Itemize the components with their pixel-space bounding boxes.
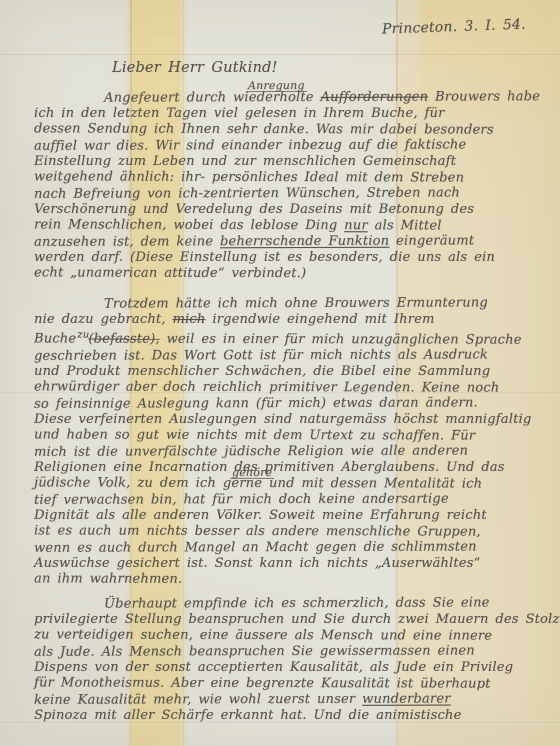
handwritten-line: Buchezu(befasste), weil es in einer für … [34,327,540,348]
line-text: anzusehen ist, dem keine [34,234,213,250]
line-text: Buche [34,331,76,346]
letter-scan-page: Princeton. 3. I. 54. Lieber Herr Gutkind… [0,0,560,746]
struck-word: mich [173,312,206,327]
handwritten-line: jüdische Volk, zu dem ich gerne gehöre u… [34,475,540,492]
line-text: Angefeuert durch wiederholte [104,90,314,106]
handwritten-line: nach Befreiung von ich-zentrierten Wünsc… [34,185,540,203]
handwritten-line: Angefeuert durch wiederholte Aufforderun… [34,89,540,107]
line-text: Brouwers habe [435,89,540,104]
handwritten-line: als Jude. Als Mensch beanspruchen Sie ge… [34,643,540,661]
handwritten-line: und Produkt menschlicher Schwächen, die … [34,364,540,380]
paragraph-2: Trotzdem hätte ich mich ohne Brouwers Er… [34,296,540,588]
handwritten-line: für Monotheismus. Aber eine begrenzte Ka… [34,675,540,692]
line-text: weil es in einer für mich unzugänglichen… [167,332,522,348]
salutation: Lieber Herr Gutkind! [112,60,278,76]
underlined-phrase: beherrschende Funktion [220,234,389,250]
line-text: keine Kausalität mehr, wie wohl zuerst u… [34,692,355,708]
letter-body: Angefeuert durch wiederholte Aufforderun… [34,90,540,724]
handwritten-line: ich in den letzten Tagen viel gelesen in… [34,106,540,122]
handwritten-line: dessen Sendung ich Ihnen sehr danke. Was… [34,121,540,138]
struck-word: Aufforderungen [321,90,429,105]
handwritten-line: weitgehend ähnlich: ihr- persönliches Id… [34,169,540,186]
handwritten-line: nie dazu gebracht, mich irgendwie eingeh… [34,312,540,328]
handwritten-line: werden darf. (Diese Einstellung ist es b… [34,250,540,266]
handwritten-line: mich ist die unverfälschte jüdische Reli… [34,443,540,461]
inserted-word-anregung: Anregung [246,80,307,92]
handwritten-line: Trotzdem hätte ich mich ohne Brouwers Er… [34,295,540,313]
line-text: als Mittel [375,218,442,233]
handwritten-line: ehrwürdiger aber doch reichlich primitiv… [34,379,540,396]
handwritten-line: Überhaupt empfinde ich es schmerzlich, d… [34,595,540,613]
handwritten-line: so feinsinnige Auslegung kann (für mich)… [34,395,540,413]
handwritten-line: tief verwachsen bin, hat für mich doch k… [34,491,540,509]
line-text: und mit dessen Mentalität ich [269,476,482,492]
handwritten-line: ist es auch um nichts besser als andere … [34,523,540,540]
fold-crease-horizontal-top [0,54,560,55]
handwritten-line: auffiel war dies. Wir sind einander inbe… [34,137,540,155]
handwritten-line: Verschönerung und Veredelung des Daseins… [34,202,540,218]
handwritten-line: Auswüchse gesichert ist. Sonst kann ich … [34,556,540,572]
line-text: nie dazu gebracht, [34,312,166,327]
line-text: irgendwie eingehend mit Ihrem [212,312,434,327]
paragraph-3: Überhaupt empfinde ich es schmerzlich, d… [34,596,540,724]
handwritten-line: echt „unamerican attitude“ verbindet.) [34,265,540,282]
underlined-word-wunderbarer: wunderbarer [362,691,451,706]
handwritten-line: Diese verfeinerten Auslegungen sind natu… [34,412,540,428]
struck-word: (befasste), [88,331,159,346]
handwritten-line: Dispens von der sonst acceptierten Kausa… [34,660,540,676]
handwritten-line: an ihm wahrnehmen. [34,571,540,588]
handwritten-line: Dignität als alle anderen Völker. Soweit… [34,508,540,524]
underlined-word-nur: nur [344,218,368,233]
handwritten-line: rein Menschlichen, wobei das leblose Din… [34,217,540,234]
inserted-word-gehoere: gehöre [230,467,274,479]
handwritten-line: und haben so gut wie nichts mit dem Urte… [34,427,540,444]
handwritten-line: anzusehen ist, dem keine beherrschende F… [34,233,540,251]
handwritten-line: zu verteidigen suchen, eine äussere als … [34,627,540,644]
handwritten-line: Religionen eine Incarnation des primitiv… [34,460,540,476]
handwritten-line: keine Kausalität mehr, wie wohl zuerst u… [34,691,540,709]
line-text: rein Menschlichen, wobei das leblose Din… [34,217,337,233]
handwritten-line: privilegierte Stellung beanspruchen und … [34,612,540,628]
handwritten-line: wenn es auch durch Mangel an Macht gegen… [34,539,540,557]
handwritten-line: Spinoza mit aller Schärfe erkannt hat. U… [34,708,540,724]
handwritten-line: geschrieben ist. Das Wort Gott ist für m… [34,347,540,365]
handwritten-line: Einstellung zum Leben und zur menschlich… [34,154,540,170]
line-text: jüdische Volk, zu dem ich gerne [34,475,262,491]
paragraph-1: Angefeuert durch wiederholte Aufforderun… [34,90,540,282]
date-line: Princeton. 3. I. 54. [382,16,526,37]
line-text: eingeräumt [396,233,474,248]
